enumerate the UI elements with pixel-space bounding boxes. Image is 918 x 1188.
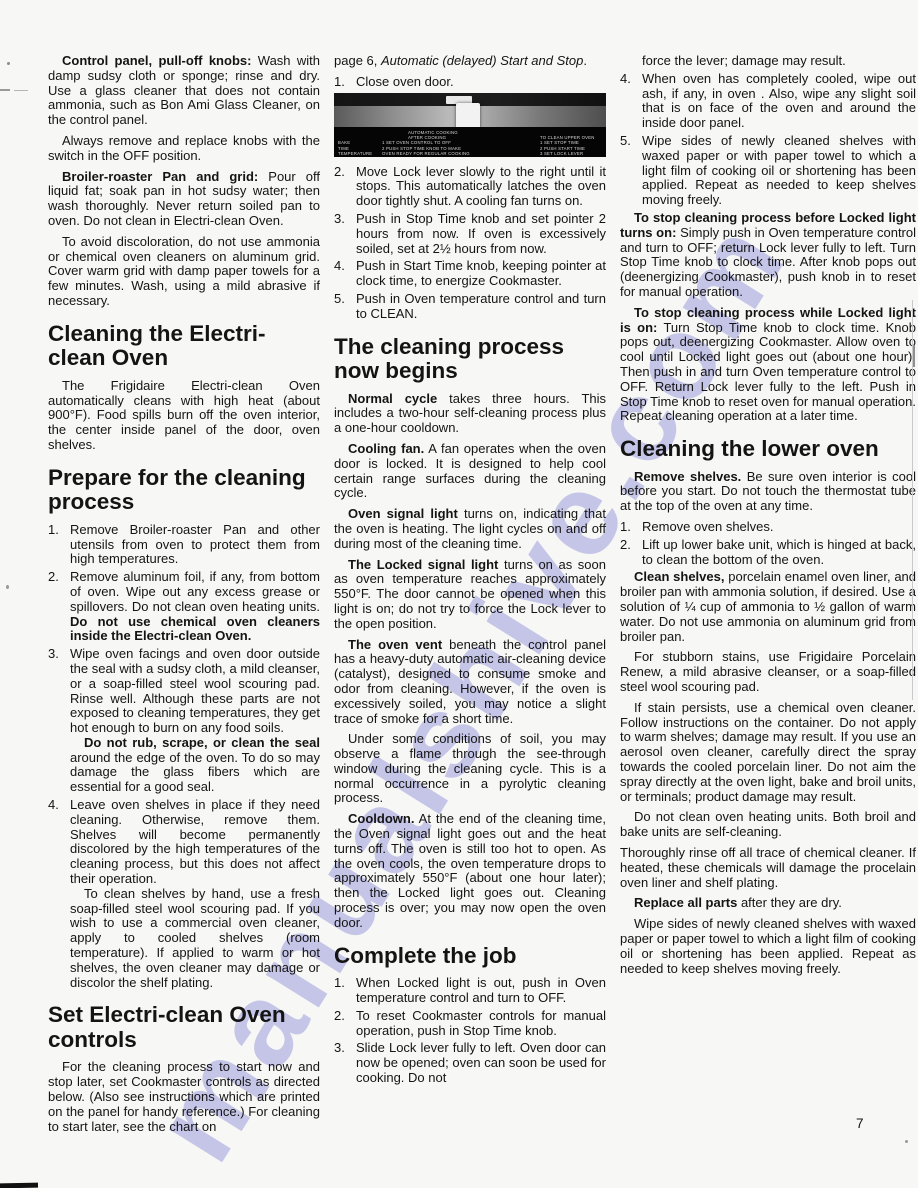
paragraph: The Frigidaire Electri-clean Oven automa… (48, 379, 320, 453)
list-item: 5.Wipe sides of newly cleaned shelves wi… (620, 134, 916, 208)
list-item: 2.Remove aluminum foil, if any, from bot… (48, 570, 320, 644)
list-item: 4.When oven has completely cooled, wipe … (620, 72, 916, 131)
paragraph: Always remove and replace knobs with the… (48, 134, 320, 164)
manual-page: manualshive.com Control panel, pull-off … (0, 0, 918, 1188)
section-heading-prepare-cleaning-process: Prepare for the cleaning process (48, 466, 320, 515)
paragraph: Clean shelves, porcelain enamel oven lin… (620, 570, 916, 644)
section-heading-set-electri-clean-controls: Set Electri-clean Oven controls (48, 1003, 320, 1052)
page-number: 7 (856, 1116, 864, 1131)
paragraph: page 6, Automatic (delayed) Start and St… (334, 54, 606, 69)
bold-lead: Cooling fan. (348, 441, 424, 456)
column-3: force the lever; damage may result. 4.Wh… (620, 54, 916, 1140)
paragraph: Replace all parts after they are dry. (620, 896, 916, 911)
section-heading-cleaning-lower-oven: Cleaning the lower oven (620, 437, 916, 462)
bold-lead: Broiler-roaster Pan and grid: (62, 169, 258, 184)
bold-lead: The Locked signal light (348, 557, 498, 572)
list-item-continuation: force the lever; damage may result. (620, 54, 916, 69)
list-item: 1.Remove Broiler-roaster Pan and other u… (48, 523, 320, 567)
paragraph: Wipe sides of newly cleaned shelves with… (620, 917, 916, 976)
bold-lead: Control panel, pull-off knobs: (62, 53, 251, 68)
list-item: 3.Wipe oven facings and oven door outsid… (48, 647, 320, 795)
paragraph: Oven signal light turns on, indicating t… (334, 507, 606, 551)
photo-right-line: 3 SET LOCK LEVER (540, 151, 602, 156)
paragraph: Cooldown. At the end of the cleaning tim… (334, 812, 606, 930)
bold-lead: Normal cycle (348, 391, 437, 406)
column-1: Control panel, pull-off knobs: Wash with… (48, 54, 320, 1140)
paragraph: To avoid discoloration, do not use ammon… (48, 235, 320, 309)
paragraph: Under some conditions of soil, you may o… (334, 732, 606, 806)
paragraph: Do not clean oven heating units. Both br… (620, 810, 916, 840)
photo-panel-middle (334, 106, 606, 127)
section-heading-cleaning-process-begins: The cleaning process now begins (334, 335, 606, 384)
list-item: 5.Push in Oven temperature control and t… (334, 292, 606, 322)
paragraph: For the cleaning process to start now an… (48, 1060, 320, 1134)
scan-artifact (0, 1183, 38, 1188)
page-columns: Control panel, pull-off knobs: Wash with… (48, 54, 916, 1140)
control-panel-photo: AUTOMATIC COOKING AFTER COOKINGTO CLEAN … (334, 93, 606, 157)
scan-artifact (6, 585, 9, 589)
list-item: 3.Slide Lock lever fully to left. Oven d… (334, 1041, 606, 1085)
list-item: 4.Leave oven shelves in place if they ne… (48, 798, 320, 990)
scan-artifact (834, 95, 844, 96)
bold-lead: Cooldown. (348, 811, 414, 826)
section-heading-cleaning-electri-clean-oven: Cleaning the Electri-clean Oven (48, 322, 320, 371)
list-item: 2.To reset Cookmaster controls for manua… (334, 1009, 606, 1039)
sub-paragraph: Do not rub, scrape, or clean the seal ar… (70, 736, 320, 795)
bold-lead: Remove shelves. (634, 469, 741, 484)
bold-warning: Do not use chemical oven cleaners inside… (70, 614, 320, 644)
paragraph: The oven vent beneath the control panel … (334, 638, 606, 727)
list-item: 2.Lift up lower bake unit, which is hing… (620, 538, 916, 568)
control-knob (456, 103, 480, 129)
scan-artifact (7, 62, 10, 65)
paragraph: Remove shelves. Be sure oven interior is… (620, 470, 916, 514)
list-item: 1.When Locked light is out, push in Oven… (334, 976, 606, 1006)
paragraph: For stubborn stains, use Frigidaire Porc… (620, 650, 916, 694)
list-item: 3.Push in Stop Time knob and set pointer… (334, 212, 606, 256)
list-item: 2.Move Lock lever slowly to the right un… (334, 165, 606, 209)
scan-artifact (14, 90, 28, 91)
paragraph: To stop cleaning process before Locked l… (620, 211, 916, 300)
italic-reference: Automatic (delayed) Start and Stop (381, 53, 583, 68)
bold-lead: Do not rub, scrape, or clean the seal (84, 735, 320, 750)
paragraph: Control panel, pull-off knobs: Wash with… (48, 54, 320, 128)
bold-lead: Oven signal light (348, 506, 458, 521)
photo-panel-caption: AUTOMATIC COOKING AFTER COOKINGTO CLEAN … (334, 127, 606, 157)
scan-artifact (0, 89, 10, 91)
paragraph: Normal cycle takes three hours. This inc… (334, 392, 606, 436)
paragraph: If stain persists, use a chemical oven c… (620, 701, 916, 805)
bold-lead: Replace all parts (634, 895, 737, 910)
photo-left-label: TEMPERATURE (338, 151, 378, 156)
paragraph: Broiler-roaster Pan and grid: Pour off l… (48, 170, 320, 229)
paragraph: Thoroughly rinse off all trace of chemic… (620, 846, 916, 890)
bold-lead: The oven vent (348, 637, 442, 652)
sub-paragraph: To clean shelves by hand, use a fresh so… (70, 887, 320, 991)
list-item: 4.Push in Start Time knob, keeping point… (334, 259, 606, 289)
section-heading-complete-the-job: Complete the job (334, 944, 606, 969)
column-2: page 6, Automatic (delayed) Start and St… (334, 54, 606, 1140)
scan-artifact (913, 345, 915, 367)
list-item: 1.Remove oven shelves. (620, 520, 916, 535)
bold-lead: Clean shelves, (634, 569, 724, 584)
photo-step: OVEN READY FOR REGULAR COOKING (382, 151, 536, 156)
paragraph: The Locked signal light turns on as soon… (334, 558, 606, 632)
paragraph: Cooling fan. A fan operates when the ove… (334, 442, 606, 501)
scan-artifact (905, 1140, 908, 1143)
list-item: 1.Close oven door. (334, 75, 606, 90)
paragraph: To stop cleaning process while Locked li… (620, 306, 916, 424)
